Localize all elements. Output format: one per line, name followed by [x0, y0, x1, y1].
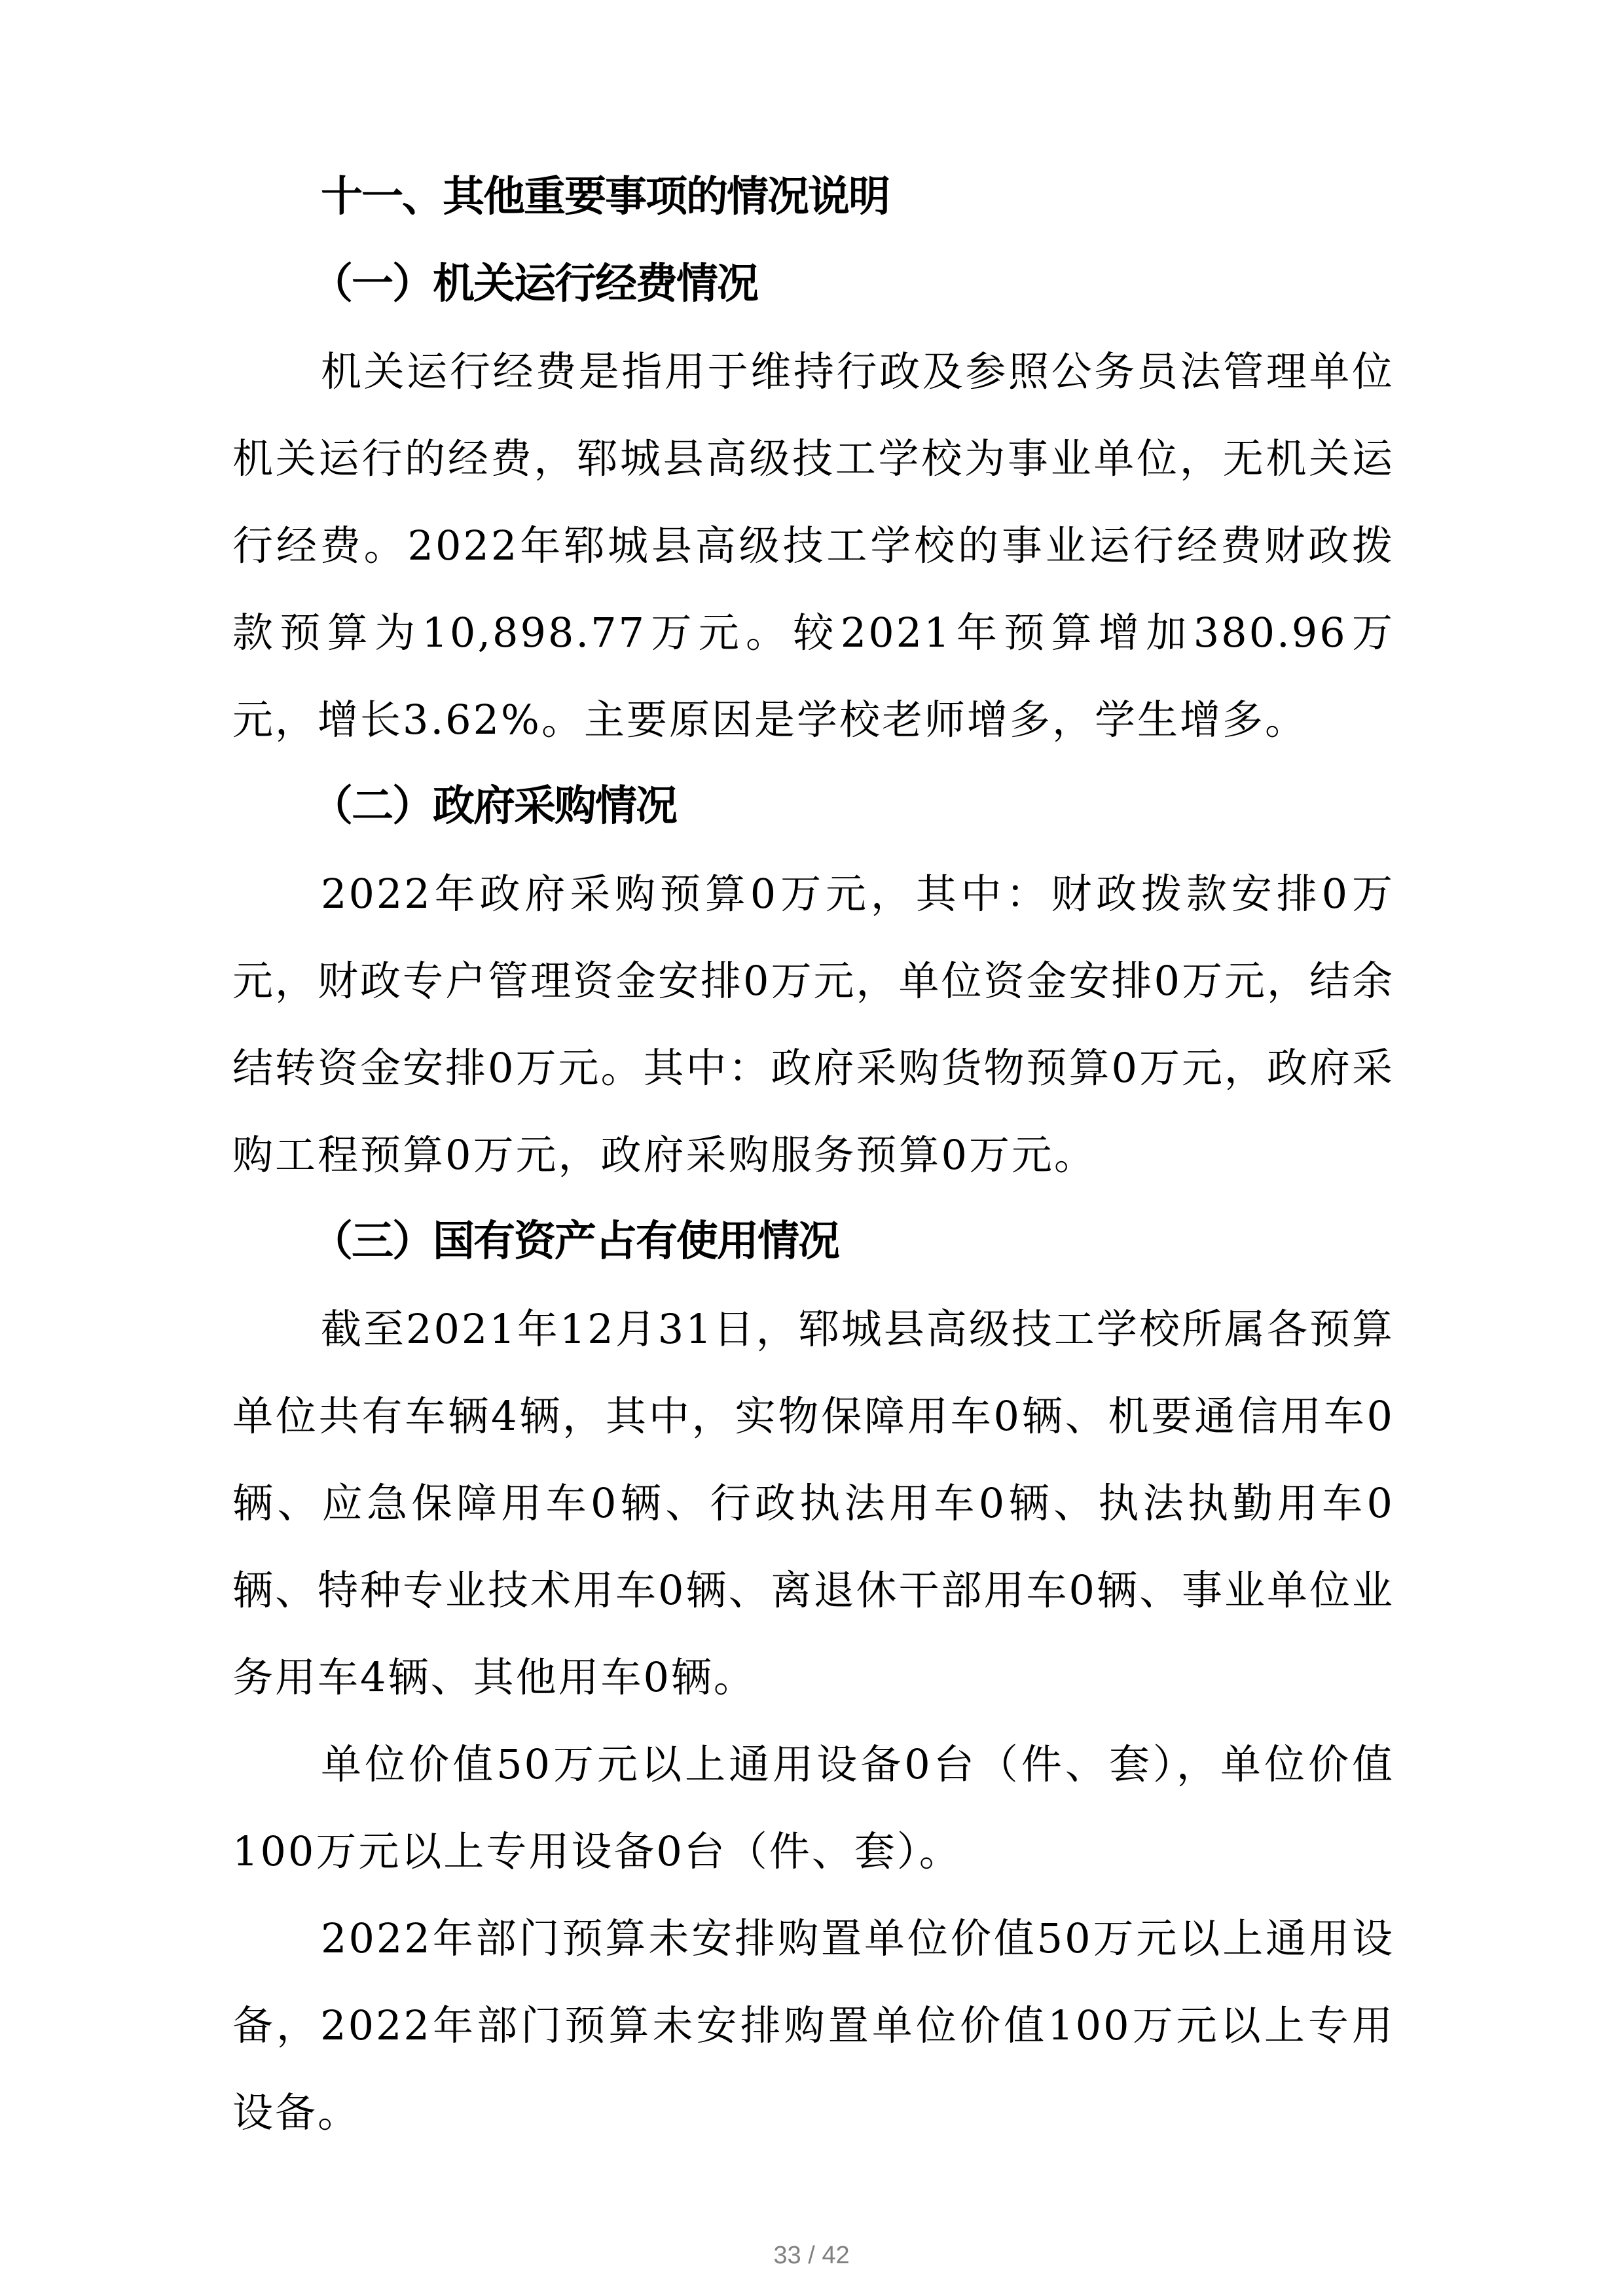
subsection-heading-operating-expenses: （一）机关运行经费情况	[232, 241, 1395, 328]
page-content: 十一、其他重要事项的情况说明 （一）机关运行经费情况 机关运行经费是指用于维持行…	[232, 154, 1395, 2156]
document-page: 十一、其他重要事项的情况说明 （一）机关运行经费情况 机关运行经费是指用于维持行…	[0, 0, 1623, 2296]
subsection-heading-state-assets: （三）国有资产占有使用情况	[232, 1198, 1395, 1285]
section-title: 十一、其他重要事项的情况说明	[232, 154, 1395, 241]
paragraph-equipment: 单位价值50万元以上通用设备0台（件、套），单位价值100万元以上专用设备0台（…	[232, 1721, 1395, 1895]
paragraph-equipment-budget: 2022年部门预算未安排购置单位价值50万元以上通用设备，2022年部门预算未安…	[232, 1895, 1395, 2156]
paragraph-vehicles: 截至2021年12月31日，郓城县高级技工学校所属各预算单位共有车辆4辆，其中，…	[232, 1285, 1395, 1721]
page-number: 33 / 42	[0, 2242, 1623, 2270]
paragraph-operating-expenses: 机关运行经费是指用于维持行政及参照公务员法管理单位机关运行的经费，郓城县高级技工…	[232, 328, 1395, 763]
paragraph-government-procurement: 2022年政府采购预算0万元，其中：财政拨款安排0万元，财政专户管理资金安排0万…	[232, 850, 1395, 1198]
subsection-heading-government-procurement: （二）政府采购情况	[232, 763, 1395, 850]
